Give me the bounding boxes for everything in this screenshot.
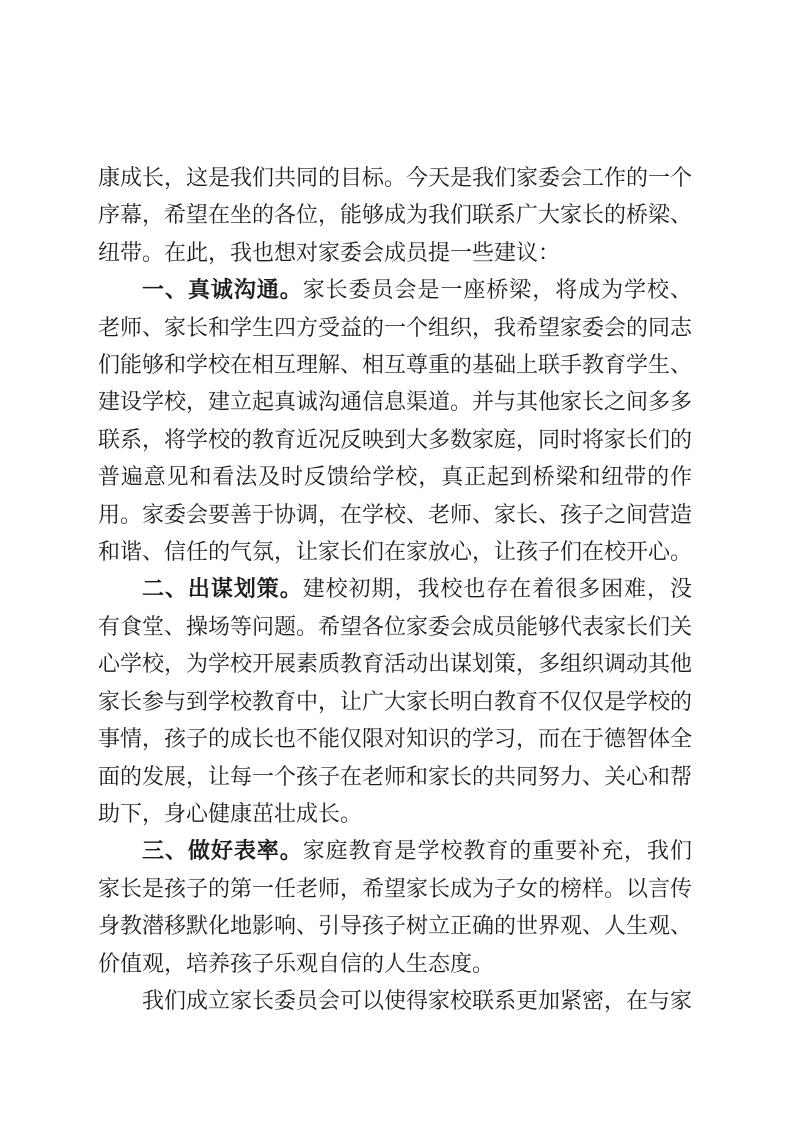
paragraph-text: 康成长，这是我们共同的目标。今天是我们家委会工作的一个序幕，希望在坐的各位，能够…: [98, 165, 692, 265]
paragraph-point-3: 三、做好表率。家庭教育是学校教育的重要补充，我们家长是孩子的第一任老师，希望家长…: [98, 832, 692, 982]
paragraph-intro: 康成长，这是我们共同的目标。今天是我们家委会工作的一个序幕，希望在坐的各位，能够…: [98, 159, 692, 271]
document-page: 康成长，这是我们共同的目标。今天是我们家委会工作的一个序幕，希望在坐的各位，能够…: [0, 0, 793, 1122]
document-body: 康成长，这是我们共同的目标。今天是我们家委会工作的一个序幕，希望在坐的各位，能够…: [98, 159, 692, 1019]
paragraph-text: 我们成立家长委员会可以使得家校联系更加紧密，在与家: [142, 988, 692, 1013]
paragraph-point-2: 二、出谋划策。建校初期，我校也存在着很多困难，没有食堂、操场等问题。希望各位家委…: [98, 570, 692, 832]
paragraph-point-1: 一、真诚沟通。家长委员会是一座桥梁，将成为学校、老师、家长和学生四方受益的一个组…: [98, 271, 692, 570]
paragraph-closing: 我们成立家长委员会可以使得家校联系更加紧密，在与家: [98, 982, 692, 1019]
paragraph-lead: 三、做好表率。: [142, 838, 303, 863]
paragraph-lead: 一、真诚沟通。: [142, 277, 303, 302]
paragraph-text: 建校初期，我校也存在着很多困难，没有食堂、操场等问题。希望各位家委会成员能够代表…: [98, 576, 692, 825]
paragraph-text: 家长委员会是一座桥梁，将成为学校、老师、家长和学生四方受益的一个组织，我希望家委…: [98, 277, 692, 564]
paragraph-lead: 二、出谋划策。: [142, 576, 303, 601]
